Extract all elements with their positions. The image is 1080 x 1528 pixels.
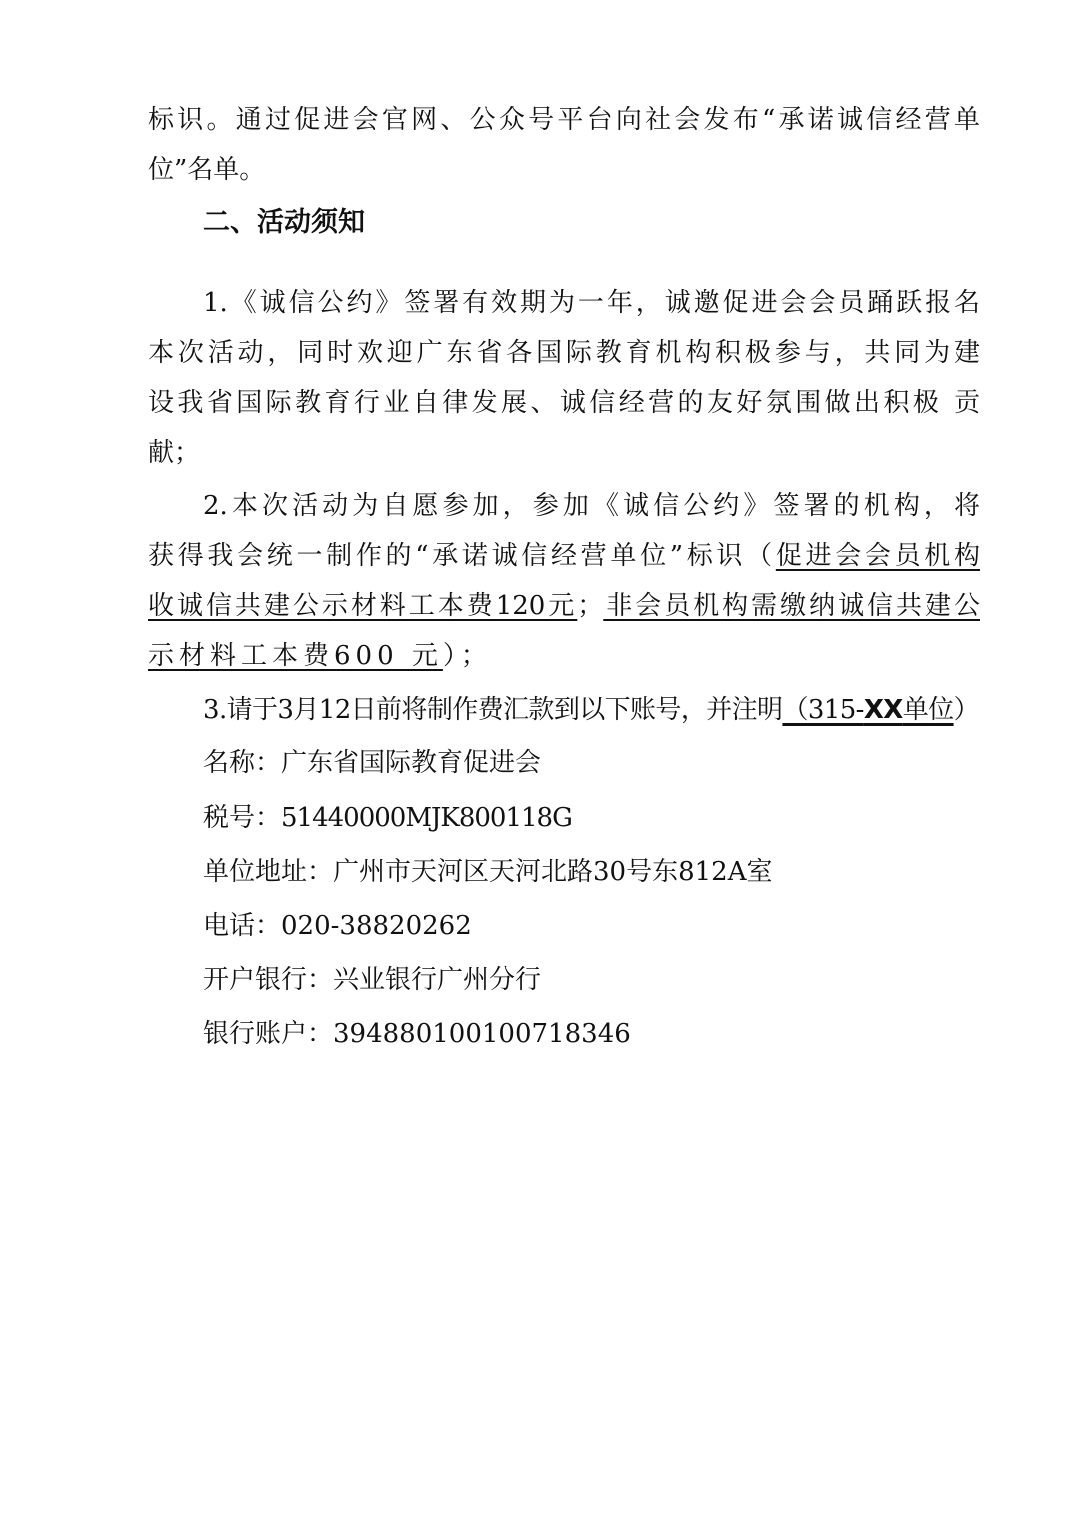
- document-page: 标识。通过促进会官网、公众号平台向社会发布“承诺诚信经营单 位”名单。 二、活动…: [0, 0, 1080, 1528]
- address-label: 单位地址：: [203, 857, 333, 887]
- bank-account-value: 394880100100718346: [333, 1019, 631, 1049]
- intro-line-2: 位”名单。: [148, 150, 980, 190]
- item-2-line-2-text: 获得我会统一制作的“承诺诚信经营单位”标识（: [148, 541, 776, 571]
- account-name-value: 广东省国际教育促进会: [281, 748, 541, 778]
- item-1-line-2: 本次活动，同时欢迎广东省各国际教育机构积极参与，共同为建: [148, 333, 980, 373]
- bank-account-row: 银行账户：394880100100718346: [203, 1014, 980, 1054]
- account-name-label: 名称：: [203, 748, 281, 778]
- address-row: 单位地址：广州市天河区天河北路30号东812A室: [203, 852, 980, 892]
- item-1-line-3: 设我省国际教育行业自律发展、诚信经营的友好氛围做出积极 贡: [148, 383, 980, 423]
- item-2-line-1: 2.本次活动为自愿参加，参加《诚信公约》签署的机构，将: [203, 486, 980, 526]
- member-fee-text-part-1: 促进会会员机构: [776, 541, 980, 571]
- bank-value: 兴业银行广州分行: [333, 965, 541, 995]
- bank-label: 开户银行：: [203, 965, 333, 995]
- item-2-line-2: 获得我会统一制作的“承诺诚信经营单位”标识（促进会会员机构: [148, 536, 980, 576]
- address-value: 广州市天河区天河北路30号东812A室: [333, 857, 773, 887]
- item-2-line-3: 收诚信共建公示材料工本费120元；非会员机构需缴纳诚信共建公: [148, 586, 980, 626]
- remittance-note-suffix: 单位: [903, 695, 954, 725]
- tax-id-value: 51440000MJK800118G: [281, 803, 572, 833]
- tax-id-label: 税号：: [203, 803, 281, 833]
- member-fee-text-part-2: 收诚信共建公示材料工本费120元: [148, 591, 577, 621]
- non-member-fee-text-part-1: 非会员机构需缴纳诚信共建公: [603, 591, 980, 621]
- item-2-line-4: 示材料工本费600 元）；: [148, 636, 980, 676]
- item-2-line-4-tail: ）；: [443, 641, 492, 671]
- phone-value: 020-38820262: [281, 911, 472, 941]
- remittance-note: （315-XX单位: [782, 695, 953, 725]
- bank-row: 开户银行：兴业银行广州分行: [203, 960, 980, 1000]
- item-3-line-1: 3.请于3月12日前将制作费汇款到以下账号，并注明（315-XX单位）: [203, 690, 1003, 730]
- item-3-tail: ）: [954, 695, 979, 725]
- fee-separator: ；: [577, 591, 603, 621]
- remittance-note-placeholder: XX: [864, 695, 903, 725]
- phone-row: 电话：020-38820262: [203, 906, 980, 946]
- item-1-line-1: 1.《诚信公约》签署有效期为一年，诚邀促进会会员踊跃报名: [203, 283, 980, 323]
- non-member-fee-text-part-2: 示材料工本费600 元: [148, 641, 443, 671]
- phone-label: 电话：: [203, 911, 281, 941]
- bank-account-label: 银行账户：: [203, 1019, 333, 1049]
- tax-id-row: 税号：51440000MJK800118G: [203, 798, 980, 838]
- intro-line-1: 标识。通过促进会官网、公众号平台向社会发布“承诺诚信经营单: [148, 100, 980, 140]
- section-heading: 二、活动须知: [203, 203, 365, 243]
- item-3-instruction: 3.请于3月12日前将制作费汇款到以下账号，并注明: [203, 695, 782, 725]
- item-1-line-4: 献；: [148, 433, 980, 473]
- account-name-row: 名称：广东省国际教育促进会: [203, 743, 980, 783]
- remittance-note-prefix: （315-: [782, 695, 863, 725]
